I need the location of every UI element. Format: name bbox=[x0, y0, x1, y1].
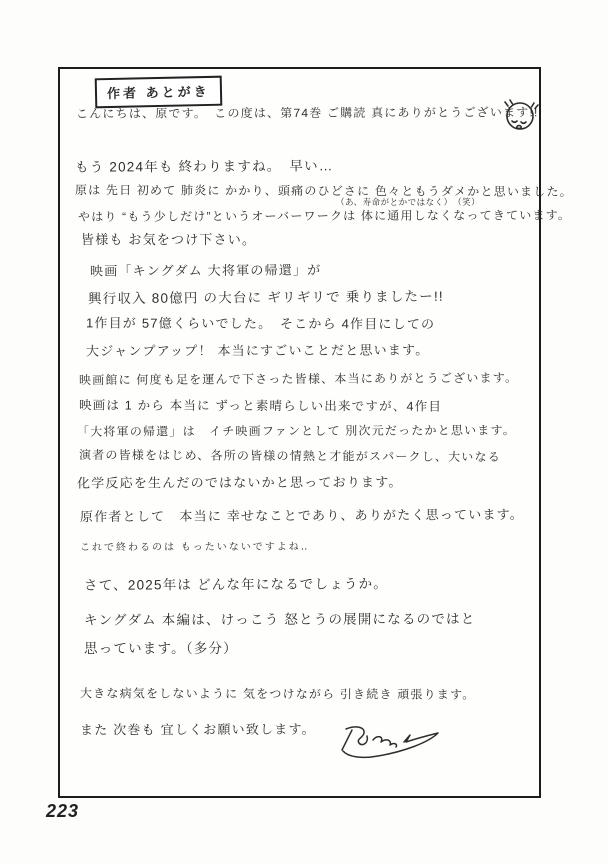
line-pneumonia: 原は 先日 初めて 肺炎に かかり、頭痛のひどさに 色々ともうダメかと思いました… bbox=[75, 181, 573, 200]
line-first-film: 1作目が 57億くらいでした。 そこから 4作目にしての bbox=[86, 312, 435, 332]
line-probably: 思っています。（多分） bbox=[84, 637, 238, 657]
line-theater-thanks: 映画館に 何度も足を運んで下さった皆様、本当にありがとうございます。 bbox=[79, 369, 518, 388]
line-main-story: キングダム 本編は、けっこう 怒とうの展開になるのではと bbox=[84, 607, 476, 628]
line-take-care: 皆様も お気をつけ下さい。 bbox=[81, 229, 256, 248]
line-overwork: やはり “もう少しだけ”というオーバーワークは 体に通用しなくなってきています。 bbox=[78, 206, 571, 225]
line-performers: 演者の皆様をはじめ、各所の皆様の情熱と才能がスパークし、大いなる bbox=[79, 446, 501, 465]
smiley-face-doodle-icon bbox=[500, 96, 542, 136]
line-greeting: こんにちは、原です。 この度は、第74巻 ご購読 真にありがとうございます!! bbox=[76, 103, 539, 122]
line-mottainai: これで終わるのは もったいないですよね‥ bbox=[80, 538, 310, 554]
line-year-end: もう 2024年も 終わりますね。 早い… bbox=[75, 154, 334, 175]
line-another-level: 「大将軍の帰還」は イチ映画ファンとして 別次元だったかと思います。 bbox=[77, 421, 516, 440]
line-jump-up: 大ジャンプアップ！ 本当にすごいことだと思います。 bbox=[86, 339, 429, 359]
line-year-2025: さて、2025年は どんな年になるでしょうか。 bbox=[84, 572, 388, 594]
line-movie-title: 映画「キングダム 大将軍の帰還」が bbox=[90, 259, 321, 279]
afterword-header-label: 作者 あとがき bbox=[107, 84, 210, 101]
line-next-volume: また 次巻も 宜しくお願い致します。 bbox=[80, 719, 316, 739]
page-number: 223 bbox=[46, 801, 79, 822]
line-box-office: 興行収入 80億円 の大台に ギリギリで 乗りましたー!! bbox=[88, 285, 444, 307]
line-chemistry: 化学反応を生んだのではないかと思っております。 bbox=[77, 471, 403, 491]
hara-signature-icon bbox=[328, 720, 448, 768]
line-film-quality: 映画は 1 から 本当に ずっと素晴らしい出来ですが、4作目 bbox=[79, 395, 442, 414]
line-original-author: 原作者として 本当に 幸せなことであり、ありがたく思っています。 bbox=[80, 504, 524, 525]
scanned-page: 作者 あとがき こんにちは、原です。 この度は、第74巻 ご購読 真にありがとう… bbox=[0, 0, 608, 864]
line-stay-healthy: 大きな病気をしないように 気をつけながら 引き続き 頑張ります。 bbox=[80, 684, 476, 702]
